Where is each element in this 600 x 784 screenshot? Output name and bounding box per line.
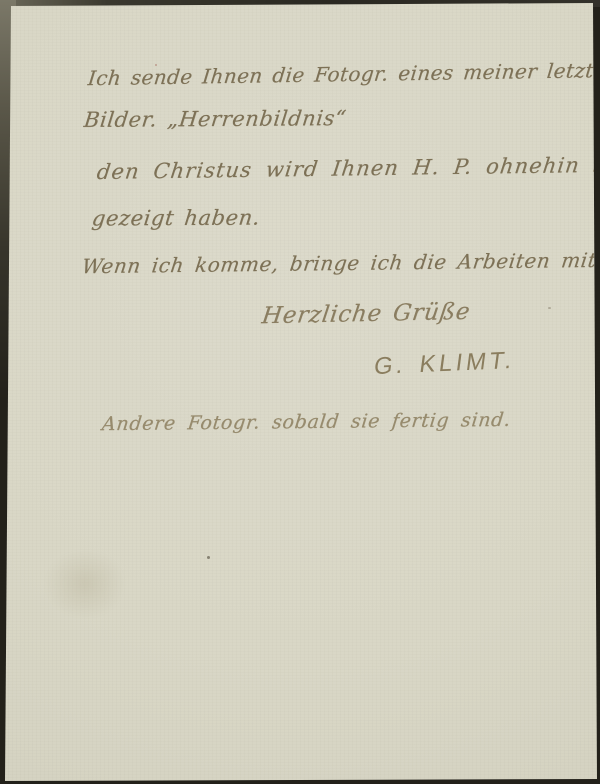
scanned-letter-page: Ich sende Ihnen die Fotogr. eines meiner…: [0, 0, 600, 784]
letter-closing: Herzliche Grüße: [260, 299, 472, 329]
letter-line-4: gezeigt haben.: [91, 206, 262, 231]
paper-speck: [207, 556, 210, 559]
ink-showthrough: [45, 550, 125, 618]
letter-line-2: Bilder. „Herrenbildnis“: [83, 106, 348, 132]
letter-postscript: Andere Fotogr. sobald sie fertig sind.: [101, 409, 512, 435]
letter-paper: Ich sende Ihnen die Fotogr. eines meiner…: [0, 0, 600, 784]
paper-speck: [548, 307, 551, 309]
